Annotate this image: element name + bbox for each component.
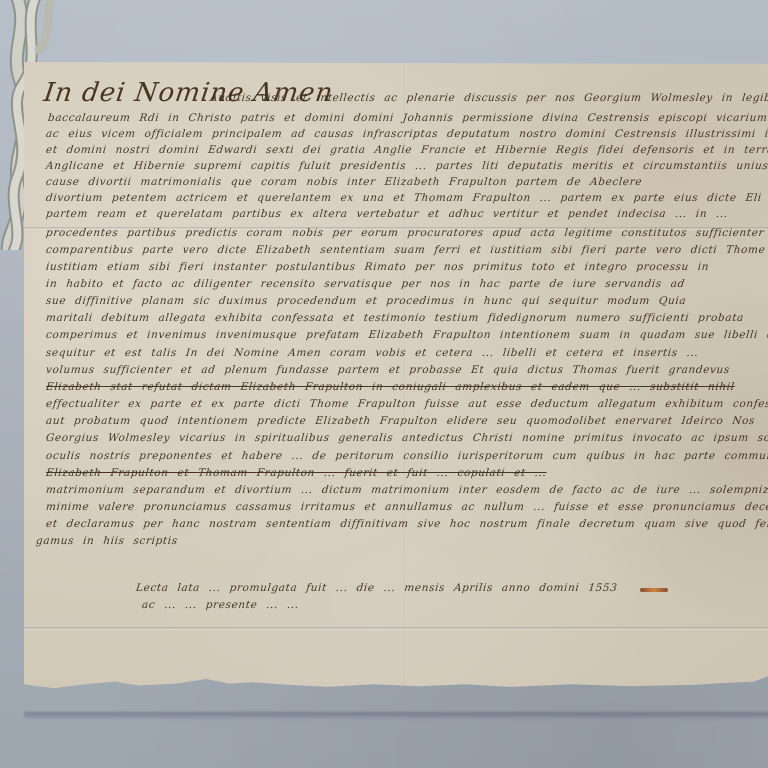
text-line: matrimonium separandum et divortium ... … (45, 484, 768, 496)
text-line: volumus sufficienter et ad plenum fundas… (45, 364, 730, 376)
text-line: divortium petentem actricem et querelant… (45, 192, 762, 204)
text-line: iustitiam etiam sibi fieri instanter pos… (45, 261, 709, 273)
torn-edge-shadow (24, 712, 768, 720)
red-ink-mark (640, 588, 668, 592)
text-line: effectualiter ex parte et ex parte dicti… (45, 398, 768, 410)
endorsement-line: ac ... ... presente ... ... (141, 599, 299, 611)
text-line: procedentes partibus predictis coram nob… (45, 227, 768, 239)
text-line: oculis nostris preponentes et habere ...… (45, 450, 768, 462)
text-line: Anglicane et Hibernie supremi capitis fu… (45, 160, 768, 172)
text-line: maritali debitum allegata exhibita confe… (45, 312, 744, 324)
text-line: minime valere pronunciamus cassamus irri… (45, 501, 768, 513)
text-line: comperimus et invenimus invenimusque pre… (45, 329, 768, 341)
text-line: ac eius vicem officialem principalem ad … (45, 128, 768, 140)
text-line: Georgius Wolmesley vicarius in spiritual… (45, 432, 768, 444)
text-line-with-strikethrough: Elizabeth stat refutat dictam Elizabeth … (45, 381, 735, 393)
text-line: partem ream et querelatam partibus ex al… (45, 208, 728, 220)
text-line: et declaramus per hanc nostram sententia… (45, 518, 768, 530)
text-line-with-strikethrough: Elizabeth Frapulton et Thomam Frapulton … (45, 467, 547, 479)
text-line: et domini nostri domini Edwardi sexti de… (45, 144, 768, 156)
text-line: Auditis visis et intellectis ac plenarie… (209, 92, 768, 104)
endorsement-line: Lecta lata ... promulgata fuit ... die .… (135, 582, 618, 594)
manuscript-text: In dei Nomine Amen Auditis visis et inte… (24, 62, 768, 717)
text-line: baccalaureum Rdi in Christo patris et do… (47, 112, 768, 124)
manuscript-sheet: In dei Nomine Amen Auditis visis et inte… (24, 62, 768, 717)
text-line: comparentibus parte vero dicte Elizabeth… (45, 244, 766, 256)
text-line: in habito et facto ac diligenter recensi… (45, 278, 685, 290)
text-line: sue diffinitive planam sic duximus proce… (45, 295, 686, 307)
text-line: sequitur et est talis In dei Nomine Amen… (45, 347, 699, 359)
text-line: cause divortii matrimonialis que coram n… (45, 176, 642, 188)
text-line: gamus in hiis scriptis (35, 535, 178, 547)
text-line: aut probatum quod intentionem predicte E… (45, 415, 755, 427)
